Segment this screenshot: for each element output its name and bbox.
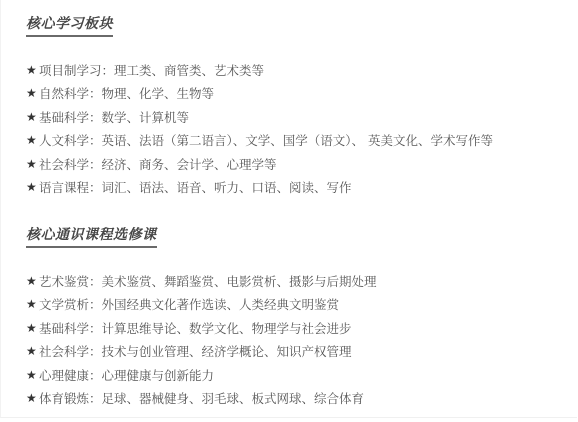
item-separator: ： (102, 59, 115, 82)
item-category: 语言课程 (39, 176, 89, 199)
item-content: 心理健康与创新能力 (102, 364, 215, 387)
item-separator: ： (89, 176, 102, 199)
star-icon: ★ (26, 364, 39, 387)
item-category: 社会科学 (39, 153, 89, 176)
list-item: ★ 体育锻炼 ： 足球、器械健身、羽毛球、板式网球、综合体育 (26, 387, 377, 410)
item-category: 艺术鉴赏 (39, 270, 89, 293)
list-item: ★ 语言课程 ： 词汇、语法、语音、听力、口语、阅读、写作 (26, 176, 493, 199)
list-item: ★ 心理健康 ： 心理健康与创新能力 (26, 364, 377, 387)
item-content: 足球、器械健身、羽毛球、板式网球、综合体育 (102, 387, 365, 410)
star-icon: ★ (26, 176, 39, 199)
section-title-core-learning: 核心学习板块 (26, 15, 113, 37)
section-title-general-electives: 核心通识课程选修课 (26, 226, 157, 248)
item-content: 理工类、商管类、艺术类等 (114, 59, 264, 82)
general-electives-list: ★ 艺术鉴赏 ： 美术鉴赏、舞蹈鉴赏、电影赏析、摄影与后期处理 ★ 文学赏析 ：… (26, 270, 377, 410)
list-item: ★ 人文科学 ： 英语、法语（第二语言）、文学、国学（语文）、 英美文化、学术写… (26, 129, 493, 152)
star-icon: ★ (26, 153, 39, 176)
item-separator: ： (89, 364, 102, 387)
list-item: ★ 文学赏析 ： 外国经典文化著作选读、人类经典文明鉴赏 (26, 293, 377, 316)
item-category: 社会科学 (39, 340, 89, 363)
item-separator: ： (89, 129, 102, 152)
item-separator: ： (89, 153, 102, 176)
list-item: ★ 基础科学 ： 数学、计算机等 (26, 106, 493, 129)
item-separator: ： (89, 317, 102, 340)
item-category: 自然科学 (39, 82, 89, 105)
star-icon: ★ (26, 293, 39, 316)
item-content: 英语、法语（第二语言）、文学、国学（语文）、 英美文化、学术写作等 (102, 129, 493, 152)
star-icon: ★ (26, 106, 39, 129)
item-content: 物理、化学、生物等 (102, 82, 215, 105)
star-icon: ★ (26, 129, 39, 152)
item-content: 外国经典文化著作选读、人类经典文明鉴赏 (102, 293, 340, 316)
star-icon: ★ (26, 82, 39, 105)
star-icon: ★ (26, 387, 39, 410)
item-category: 基础科学 (39, 106, 89, 129)
item-content: 技术与创业管理、经济学概论、知识产权管理 (102, 340, 352, 363)
item-category: 项目制学习 (39, 59, 102, 82)
item-separator: ： (89, 82, 102, 105)
star-icon: ★ (26, 270, 39, 293)
item-category: 基础科学 (39, 317, 89, 340)
item-separator: ： (89, 387, 102, 410)
star-icon: ★ (26, 59, 39, 82)
list-item: ★ 项目制学习 ： 理工类、商管类、艺术类等 (26, 59, 493, 82)
item-category: 心理健康 (39, 364, 89, 387)
item-separator: ： (89, 293, 102, 316)
item-category: 文学赏析 (39, 293, 89, 316)
item-category: 体育锻炼 (39, 387, 89, 410)
list-item: ★ 基础科学 ： 计算思维导论、数学文化、物理学与社会进步 (26, 317, 377, 340)
item-separator: ： (89, 106, 102, 129)
list-item: ★ 社会科学 ： 技术与创业管理、经济学概论、知识产权管理 (26, 340, 377, 363)
list-item: ★ 社会科学 ： 经济、商务、会计学、心理学等 (26, 153, 493, 176)
list-item: ★ 自然科学 ： 物理、化学、生物等 (26, 82, 493, 105)
item-content: 词汇、语法、语音、听力、口语、阅读、写作 (102, 176, 352, 199)
star-icon: ★ (26, 317, 39, 340)
list-item: ★ 艺术鉴赏 ： 美术鉴赏、舞蹈鉴赏、电影赏析、摄影与后期处理 (26, 270, 377, 293)
item-separator: ： (89, 340, 102, 363)
item-content: 美术鉴赏、舞蹈鉴赏、电影赏析、摄影与后期处理 (102, 270, 377, 293)
core-learning-list: ★ 项目制学习 ： 理工类、商管类、艺术类等 ★ 自然科学 ： 物理、化学、生物… (26, 59, 493, 199)
item-category: 人文科学 (39, 129, 89, 152)
item-content: 计算思维导论、数学文化、物理学与社会进步 (102, 317, 352, 340)
item-separator: ： (89, 270, 102, 293)
item-content: 数学、计算机等 (102, 106, 190, 129)
item-content: 经济、商务、会计学、心理学等 (102, 153, 277, 176)
star-icon: ★ (26, 340, 39, 363)
